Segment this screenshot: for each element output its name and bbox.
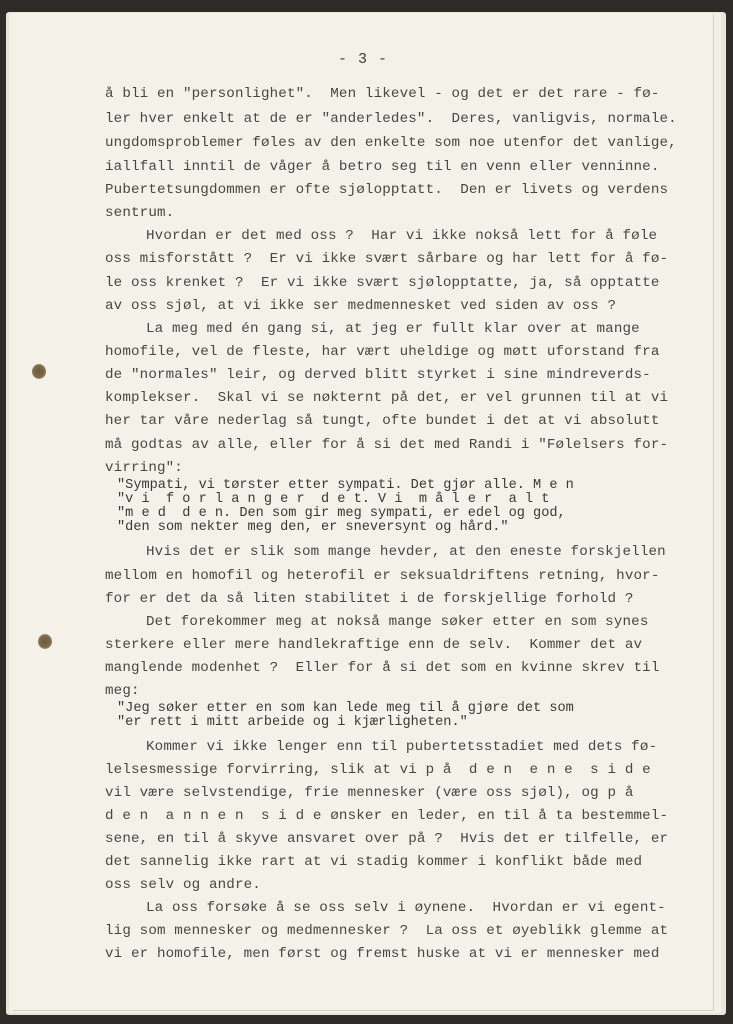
text-line: homofile, vel de fleste, har vært uheldi…: [105, 343, 660, 361]
text-line: for er det da så liten stabilitet i de f…: [105, 590, 634, 608]
typewritten-page: - 3 - å bli en "personlighet". Men likev…: [13, 14, 714, 1011]
punch-hole-icon: [32, 364, 46, 379]
text-line: ungdomsproblemer føles av den enkelte so…: [105, 134, 677, 152]
text-line: La oss forsøke å se oss selv i øynene. H…: [146, 899, 666, 917]
text-line: vi er homofile, men først og fremst husk…: [105, 945, 660, 963]
text-line: lig som mennesker og medmennesker ? La o…: [105, 922, 668, 940]
text-line: sterkere eller mere handlekraftige enn d…: [105, 636, 642, 654]
quoted-line: "m e d d e n. Den som gir meg sympati, e…: [117, 507, 566, 521]
text-line: d e n a n n e n s i d e ønsker en leder,…: [105, 807, 668, 825]
text-line: Kommer vi ikke lenger enn til pubertetss…: [146, 738, 657, 756]
text-line: det sannelig ikke rart at vi stadig komm…: [105, 853, 642, 871]
text-line: Hvordan er det med oss ? Har vi ikke nok…: [146, 227, 657, 245]
text-line: de "normales" leir, og derved blitt styr…: [105, 366, 651, 384]
text-line: lelsesmessige forvirring, slik at vi p å…: [105, 761, 651, 779]
quoted-line: "Sympati, vi tørster etter sympati. Det …: [117, 479, 574, 493]
text-line: av oss sjøl, at vi ikke ser medmennesket…: [105, 297, 616, 315]
text-line: ler hver enkelt at de er "anderledes". D…: [105, 110, 677, 128]
text-line: oss selv og andre.: [105, 876, 261, 894]
text-line: iallfall inntil de våger å betro seg til…: [105, 158, 660, 176]
text-line: må godtas av alle, eller for å si det me…: [105, 436, 668, 454]
text-line: La meg med én gang si, at jeg er fullt k…: [146, 320, 640, 338]
quoted-line: "Jeg søker etter en som kan lede meg til…: [117, 702, 574, 716]
text-line: å bli en "personlighet". Men likevel - o…: [105, 85, 660, 103]
quoted-line: "v i f o r l a n g e r d e t. V i m å l …: [117, 493, 549, 507]
text-line: Det forekommer meg at nokså mange søker …: [146, 613, 649, 631]
text-line: komplekser. Skal vi se nøkternt på det, …: [105, 389, 668, 407]
text-line: sentrum.: [105, 204, 174, 222]
page-number: - 3 -: [13, 51, 713, 68]
text-line: mellom en homofil og heterofil er seksua…: [105, 567, 660, 585]
text-line: virring":: [105, 459, 183, 477]
text-line: her tar våre nederlag så tungt, ofte bun…: [105, 412, 660, 430]
text-line: sene, en til å skyve ansvaret over på ? …: [105, 830, 668, 848]
text-line: Hvis det er slik som mange hevder, at de…: [146, 543, 666, 561]
text-line: manglende modenhet ? Eller for å si det …: [105, 659, 660, 677]
text-line: Pubertetsungdommen er ofte sjølopptatt. …: [105, 181, 668, 199]
quoted-line: "er rett i mitt arbeide og i kjærlighete…: [117, 716, 468, 730]
text-line: meg:: [105, 682, 140, 700]
text-line: vil være selvstendige, frie mennesker (v…: [105, 784, 634, 802]
text-line: oss misforstått ? Er vi ikke svært sårba…: [105, 250, 668, 268]
text-line: le oss krenket ? Er vi ikke svært sjølop…: [105, 274, 660, 292]
punch-hole-icon: [38, 634, 52, 649]
quoted-line: "den som nekter meg den, er sneversynt o…: [117, 521, 509, 535]
